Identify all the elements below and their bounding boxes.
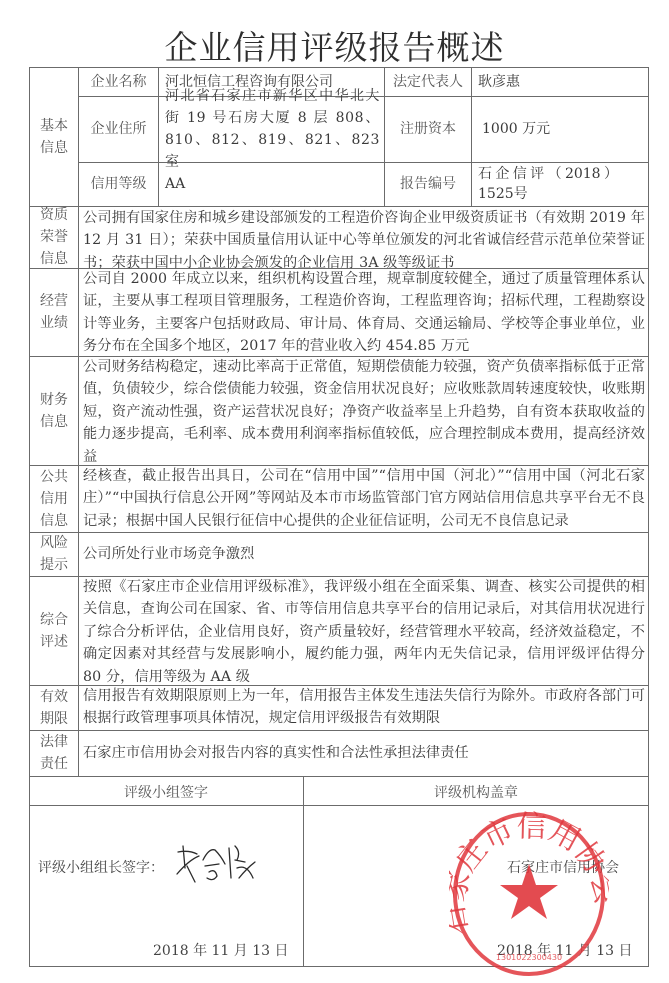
rating-team-signature-header: 评级小组签字: [29, 782, 303, 802]
credit-rating-label: 信用等级: [79, 162, 158, 206]
section-label-risk: 风险提示: [30, 532, 78, 576]
section-text-qualifications: 公司拥有国家住房和城乡建设部颁发的工程造价咨询企业甲级资质证书（有效期 2019…: [83, 207, 645, 274]
registered-capital-value: 1000 万元: [472, 96, 648, 162]
left-date: 2018 年 11 月 13 日: [153, 940, 289, 960]
section-text-validity: 信用报告有效期限原则上为一年，信用报告主体发生违法失信行为除外。市政府各部门可根…: [83, 685, 645, 730]
section-label-legal: 法律责任: [30, 730, 78, 776]
rating-agency-seal-header: 评级机构盖章: [303, 782, 649, 802]
divider: [303, 776, 304, 967]
section-text-legal: 石家庄市信用协会对报告内容的真实性和合法性承担法律责任: [83, 730, 645, 776]
company-name-label: 企业名称: [79, 67, 158, 96]
section-text-risk: 公司所处行业市场竞争激烈: [83, 532, 645, 576]
star-icon: [500, 864, 558, 919]
section-label-validity: 有效期限: [30, 685, 78, 730]
divider: [29, 805, 649, 806]
section-text-performance: 公司自 2000 年成立以来，组织机构设置合理，规章制度较健全，通过了质量管理体…: [83, 268, 645, 358]
section-text-financial: 公司财务结构稳定，速动比率高于正常值，短期偿债能力较强，资产负债率指标低于正常值…: [83, 356, 645, 468]
section-label-basic-info: 基本信息: [30, 67, 78, 206]
official-seal-stamp: 石家庄市信用协会 1301022300430: [449, 808, 609, 976]
legal-rep-label: 法定代表人: [385, 67, 471, 96]
section-text-public-credit: 经核查，截止报告出具日，公司在“信用中国”“信用中国（河北）”“信用中国（河北石…: [83, 465, 645, 532]
section-label-performance: 经营业绩: [30, 268, 78, 356]
section-text-summary: 按照《石家庄市企业信用评级标准》，我评级小组在全面采集、调查、核实公司提供的相关…: [83, 576, 645, 688]
section-label-summary: 综合评述: [30, 576, 78, 685]
registered-capital-label: 注册资本: [385, 96, 471, 162]
page-title: 企业信用评级报告概述: [0, 22, 669, 69]
report-number-label: 报告编号: [385, 162, 471, 206]
company-address-label: 企业住所: [79, 96, 158, 162]
team-leader-signature-label: 评级小组组长签字：: [38, 857, 164, 877]
section-label-qualifications: 资质荣誉信息: [30, 206, 78, 268]
report-number-value: 石企信评（2018）1525号: [472, 162, 622, 206]
section-label-public-credit: 公共信用信息: [30, 465, 78, 532]
credit-rating-value: AA: [159, 162, 384, 206]
divider: [29, 776, 649, 777]
section-label-financial: 财务信息: [30, 356, 78, 465]
handwritten-signature: [175, 838, 270, 888]
stamp-code: 1301022300430: [496, 953, 562, 962]
legal-rep-value: 耿彦惠: [472, 67, 648, 96]
company-address-value: 河北省石家庄市新华区中华北大街 19 号石房大厦 8 层 808、810、812…: [159, 96, 384, 162]
